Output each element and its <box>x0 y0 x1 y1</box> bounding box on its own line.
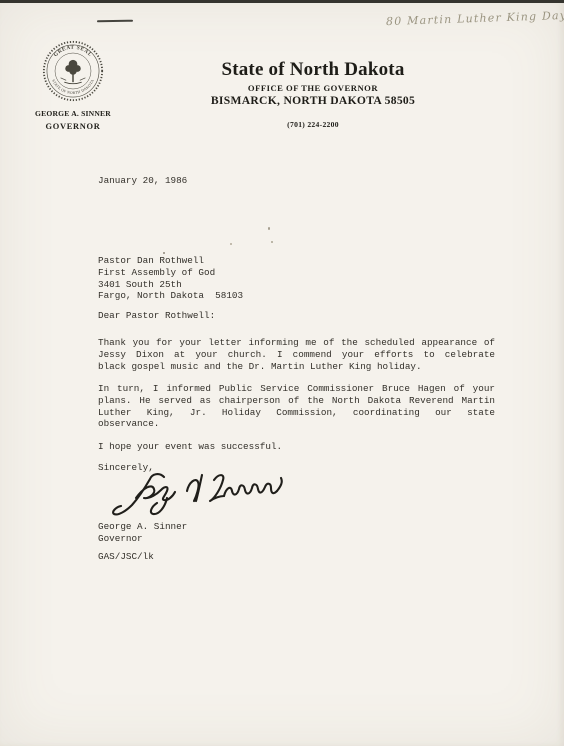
officer-name: GEORGE A. SINNER <box>10 109 136 118</box>
typed-title: Governor <box>98 533 187 545</box>
text-line: Fargo, North Dakota 58103 <box>98 290 243 302</box>
seal-icon: GREAT SEAL STATE OF NORTH DAKOTA <box>42 40 104 102</box>
scan-speck <box>271 241 273 243</box>
reference-initials: GAS/JSC/lk <box>98 551 154 563</box>
officer-title: GOVERNOR <box>10 122 136 131</box>
seal-tree-icon <box>61 60 86 84</box>
handwritten-signature <box>110 470 288 527</box>
letterhead-phone: (701) 224-2200 <box>160 120 466 129</box>
pen-mark <box>97 20 133 23</box>
seal-top-text: GREAT SEAL <box>53 45 93 59</box>
text-line: 3401 South 25th <box>98 279 243 291</box>
scan-speck <box>268 227 270 230</box>
scan-speck <box>163 252 165 254</box>
salutation: Dear Pastor Rothwell: <box>98 310 215 322</box>
letterhead-address: BISMARCK, NORTH DAKOTA 58505 <box>160 94 466 107</box>
text-line: Luther King, Jr. Holiday Commission, coo… <box>98 407 495 419</box>
body-paragraph-1: Thank you for your letter informing me o… <box>98 337 495 372</box>
typed-signature-block: George A. Sinner Governor <box>98 521 187 545</box>
text-line: black gospel music and the Dr. Martin Lu… <box>98 361 495 373</box>
svg-text:GREAT SEAL: GREAT SEAL <box>53 45 93 59</box>
recipient-address: Pastor Dan RothwellFirst Assembly of God… <box>98 255 243 302</box>
text-line: plans. He served as chairperson of the N… <box>98 395 495 407</box>
date-line: January 20, 1986 <box>98 175 187 187</box>
scan-speck <box>230 243 232 245</box>
letterhead-officer-block: GEORGE A. SINNER GOVERNOR <box>10 109 136 131</box>
text-line: observance. <box>98 418 495 430</box>
scan-edge-artifact <box>0 0 564 3</box>
text-line: Jessy Dixon at your church. I commend yo… <box>98 349 495 361</box>
letterhead-title: State of North Dakota <box>160 59 466 81</box>
handwritten-note: 80 Martin Luther King Day <box>386 9 564 28</box>
text-line: In turn, I informed Public Service Commi… <box>98 383 495 395</box>
body-paragraph-2: In turn, I informed Public Service Commi… <box>98 383 495 430</box>
text-line: I hope your event was successful. <box>98 441 495 453</box>
text-line: First Assembly of God <box>98 267 243 279</box>
signature-icon <box>110 470 288 522</box>
scanned-letter-page: 80 Martin Luther King Day GREAT SEAL STA… <box>0 0 564 746</box>
letterhead-header: State of North Dakota OFFICE OF THE GOVE… <box>160 59 466 129</box>
north-dakota-state-seal: GREAT SEAL STATE OF NORTH DAKOTA <box>42 40 104 102</box>
typed-name: George A. Sinner <box>98 521 187 533</box>
text-line: Thank you for your letter informing me o… <box>98 337 495 349</box>
text-line: Pastor Dan Rothwell <box>98 255 243 267</box>
letterhead-office: OFFICE OF THE GOVERNOR <box>160 83 466 93</box>
body-paragraph-3: I hope your event was successful. <box>98 441 495 453</box>
